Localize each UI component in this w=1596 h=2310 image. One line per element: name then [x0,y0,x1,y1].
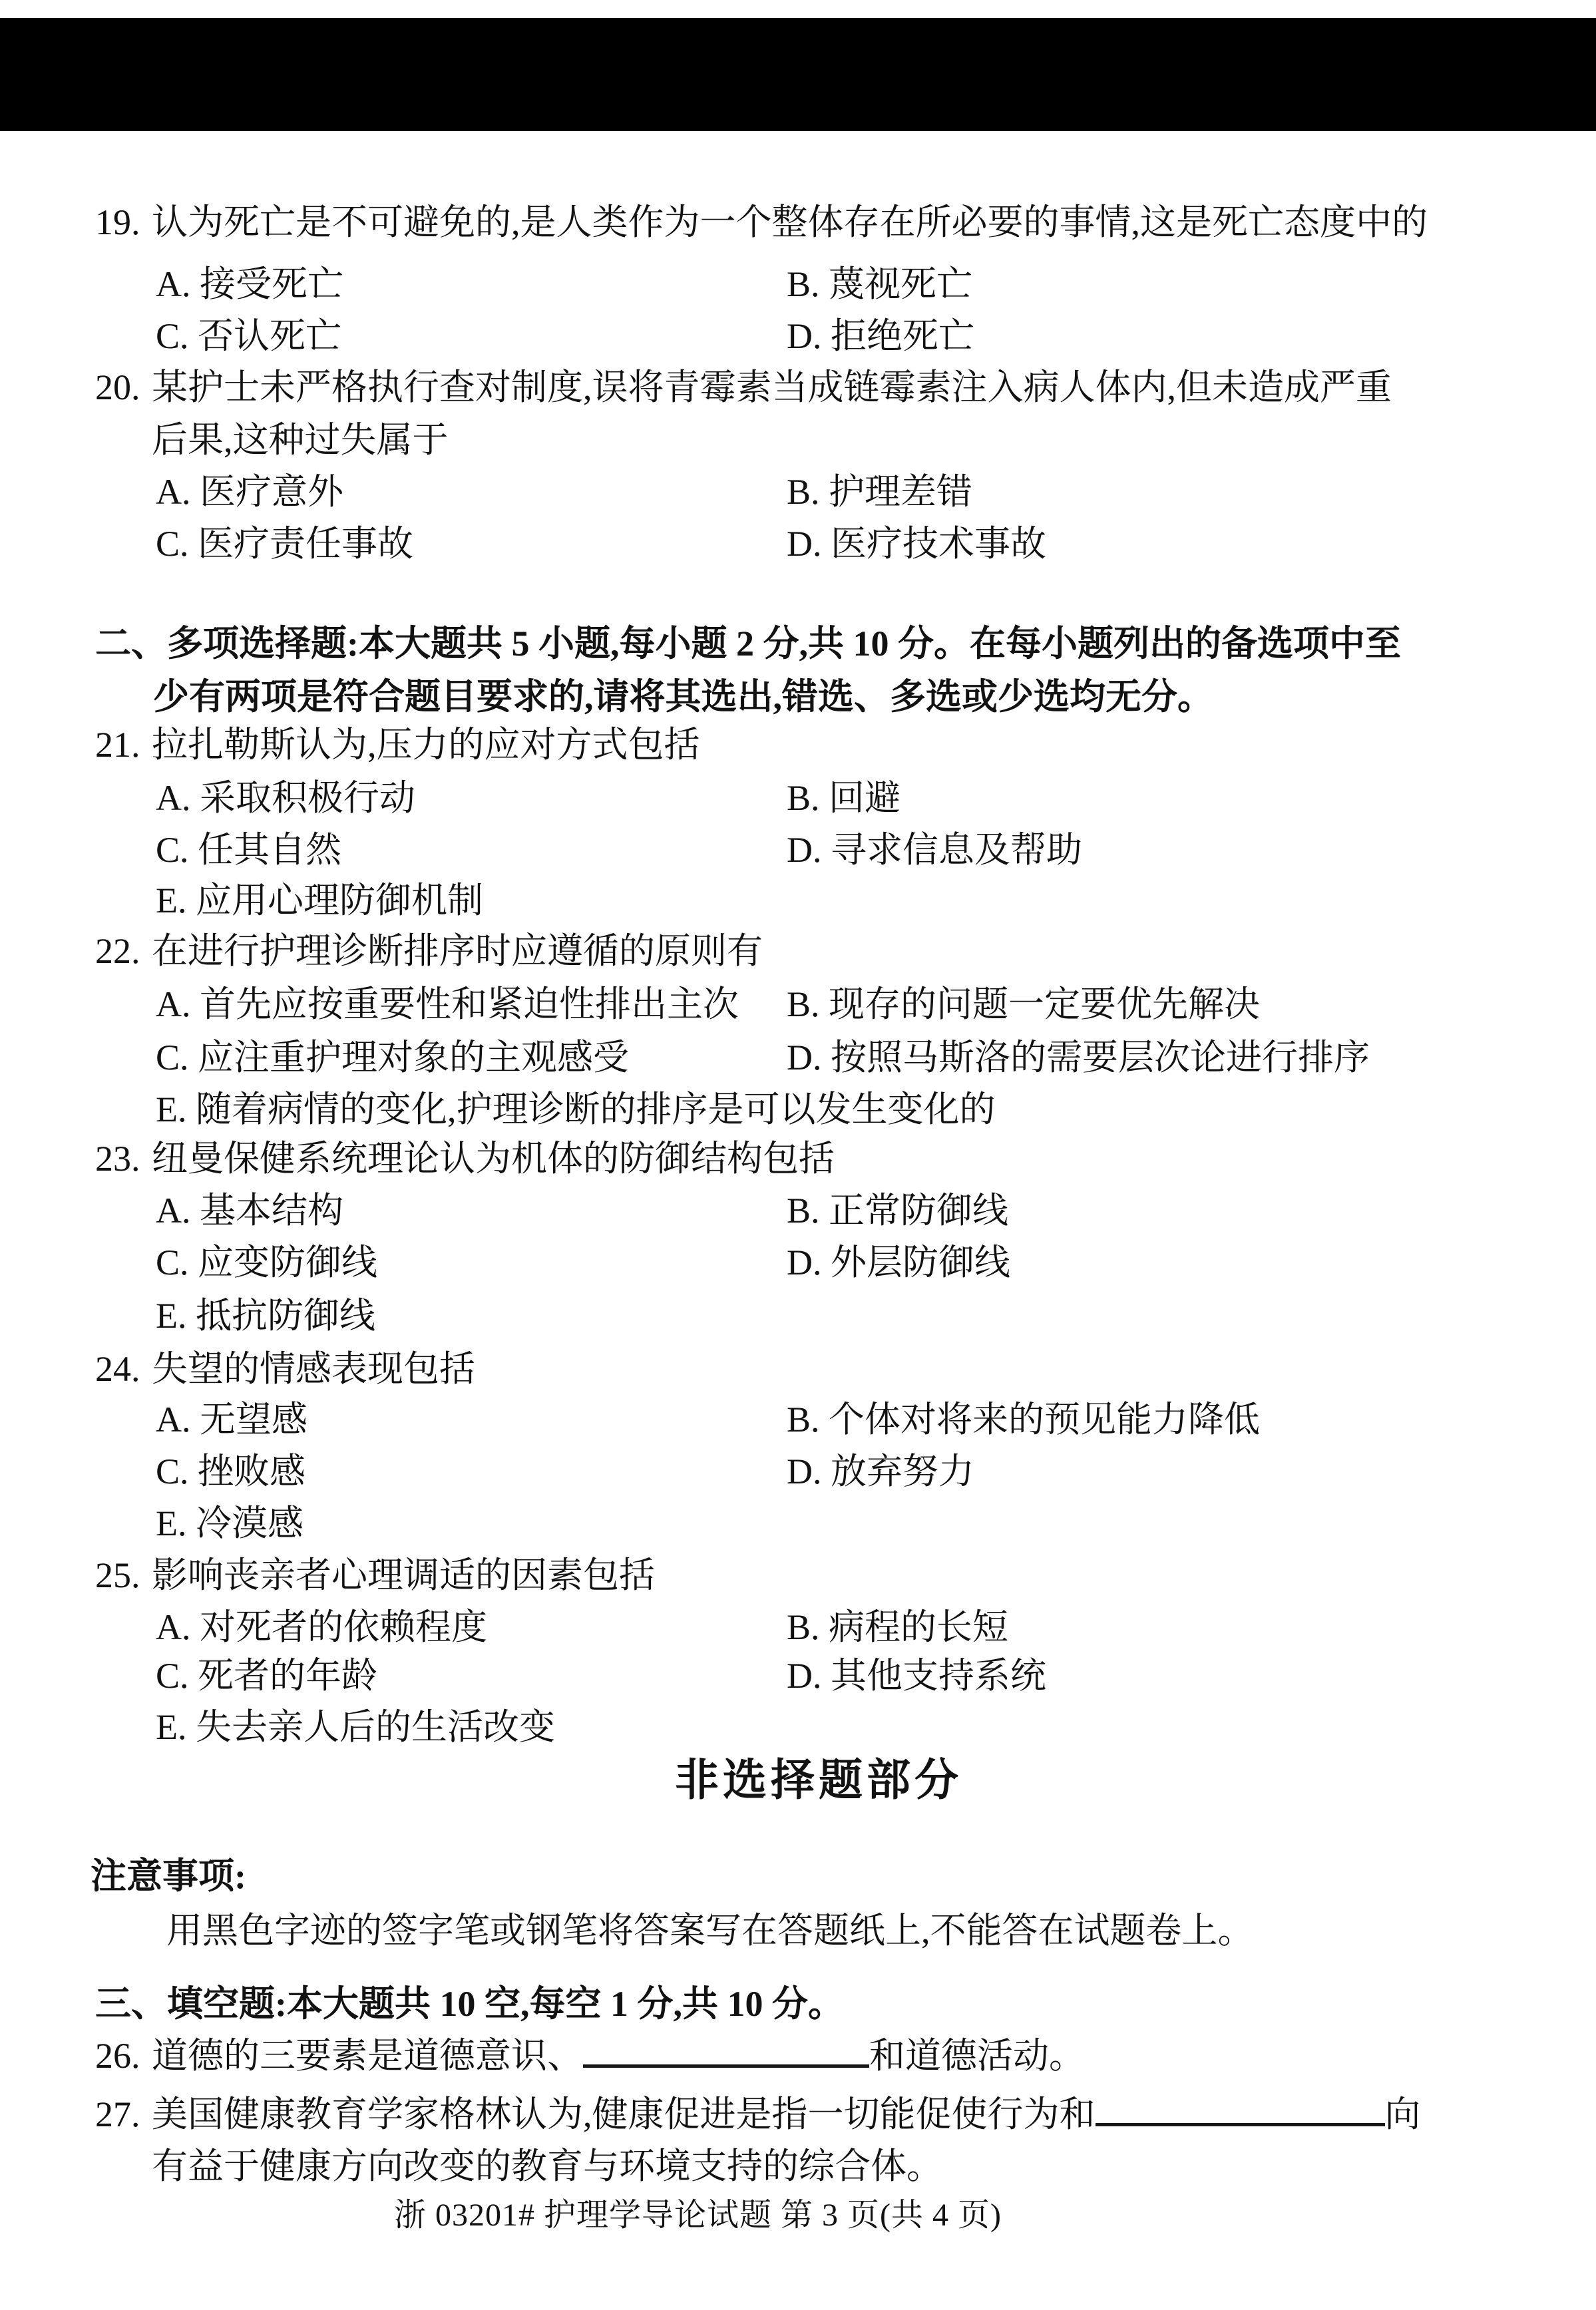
question-21-option-e: E. 应用心理防御机制 [156,880,483,921]
question-27: 27.美国健康教育学家格林认为,健康促进是指一切能促使行为和向 [95,2094,1421,2135]
option-a: A. 采取积极行动 [156,777,787,819]
question-24-options-ab: A. 无望感B. 个体对将来的预见能力降低 [156,1399,1260,1440]
notes-text: 用黑色字迹的签字笔或钢笔将答案写在答题纸上,不能答在试题卷上。 [166,1910,1254,1951]
question-24-option-e: E. 冷漠感 [156,1503,303,1544]
option-b: B. 现存的问题一定要优先解决 [787,984,1260,1024]
section2-heading-line2-text: 少有两项是符合题目要求的,请将其选出,错选、多选或少选均无分。 [153,677,1213,717]
option-d: D. 外层防御线 [787,1243,1010,1282]
notes-label: 注意事项: [91,1855,246,1897]
option-c: C. 死者的年龄 [156,1655,787,1696]
option-e: E. 随着病情的变化,护理诊断的排序是可以发生变化的 [156,1089,995,1129]
option-c: C. 挫败感 [156,1451,787,1492]
section2-heading-line1: 二、多项选择题:本大题共 5 小题,每小题 2 分,共 10 分。在每小题列出的… [95,623,1401,664]
fill-in-before-blank: 道德的三要素是道德意识、 [152,2036,583,2076]
question-23-options-ab: A. 基本结构B. 正常防御线 [156,1190,1008,1231]
question-27-line2: 有益于健康方向改变的教育与环境支持的综合体。 [152,2146,942,2187]
option-c: C. 否认死亡 [156,315,787,357]
option-b: B. 回避 [787,778,900,818]
option-b: B. 病程的长短 [787,1607,1008,1647]
option-c: C. 应变防御线 [156,1242,787,1283]
option-b: B. 蔑视死亡 [787,264,972,304]
question-number: 19. [95,202,152,243]
option-a: A. 对死者的依赖程度 [156,1607,787,1648]
question-stem: 在进行护理诊断排序时应遵循的原则有 [152,931,763,971]
question-23-options-cd: C. 应变防御线D. 外层防御线 [156,1242,1010,1283]
question-number: 24. [95,1348,152,1390]
non-choice-section-title: 非选择题部分 [675,1760,962,1802]
question-22-options-cd: C. 应注重护理对象的主观感受D. 按照马斯洛的需要层次论进行排序 [156,1037,1370,1078]
notes-text-content: 用黑色字迹的签字笔或钢笔将答案写在答题纸上,不能答在试题卷上。 [166,1911,1254,1951]
question-24-options-cd: C. 挫败感D. 放弃努力 [156,1451,974,1492]
option-d: D. 按照马斯洛的需要层次论进行排序 [787,1038,1370,1077]
option-c: C. 医疗责任事故 [156,523,787,564]
question-23: 23.纽曼保健系统理论认为机体的防御结构包括 [95,1138,835,1179]
question-20-stem-line2: 后果,这种过失属于 [152,419,449,461]
question-number: 26. [95,2035,152,2076]
question-stem: 认为死亡是不可避免的,是人类作为一个整体存在所必要的事情,这是死亡态度中的 [152,202,1428,242]
question-23-option-e: E. 抵抗防御线 [156,1295,375,1336]
option-e: E. 抵抗防御线 [156,1296,375,1336]
section2-heading-line1-text: 二、多项选择题:本大题共 5 小题,每小题 2 分,共 10 分。在每小题列出的… [95,624,1401,664]
option-e: E. 冷漠感 [156,1503,303,1543]
question-25: 25.影响丧亲者心理调适的因素包括 [95,1555,655,1596]
option-b: B. 个体对将来的预见能力降低 [787,1400,1260,1440]
page-footer: 浙 03201# 护理学导论试题 第 3 页(共 4 页) [394,2195,1002,2236]
question-24: 24.失望的情感表现包括 [95,1348,475,1390]
option-d: D. 拒绝死亡 [787,316,974,356]
question-stem-line1: 某护士未严格执行查对制度,误将青霉素当成链霉素注入病人体内,但未造成严重 [152,367,1392,407]
question-20-options-ab: A. 医疗意外B. 护理差错 [156,471,972,512]
option-d: D. 寻求信息及帮助 [787,830,1082,870]
page-footer-text: 浙 03201# 护理学导论试题 第 3 页(共 4 页) [394,2198,1002,2233]
question-19: 19.认为死亡是不可避免的,是人类作为一个整体存在所必要的事情,这是死亡态度中的 [95,202,1428,243]
question-number: 21. [95,724,152,765]
question-21-options-ab: A. 采取积极行动B. 回避 [156,777,900,819]
question-20-options-cd: C. 医疗责任事故D. 医疗技术事故 [156,523,1046,564]
option-a: A. 无望感 [156,1399,787,1440]
question-22: 22.在进行护理诊断排序时应遵循的原则有 [95,930,763,972]
section3-heading: 三、填空题:本大题共 10 空,每空 1 分,共 10 分。 [95,1983,844,2024]
section2-heading-line2: 少有两项是符合题目要求的,请将其选出,错选、多选或少选均无分。 [153,676,1213,717]
fill-in-blank-line [583,2059,869,2068]
option-b: B. 正常防御线 [787,1191,1008,1231]
option-a: A. 基本结构 [156,1190,787,1231]
question-25-option-e: E. 失去亲人后的生活改变 [156,1706,555,1748]
section3-heading-text: 三、填空题:本大题共 10 空,每空 1 分,共 10 分。 [95,1984,844,2024]
option-e: E. 失去亲人后的生活改变 [156,1707,555,1747]
option-b: B. 护理差错 [787,472,972,512]
question-stem: 纽曼保健系统理论认为机体的防御结构包括 [152,1139,835,1179]
option-a: A. 医疗意外 [156,471,787,512]
fill-in-after-blank: 向 [1385,2094,1421,2134]
question-number: 23. [95,1138,152,1179]
option-e: E. 应用心理防御机制 [156,880,483,920]
question-number: 22. [95,930,152,972]
question-stem-line2: 有益于健康方向改变的教育与环境支持的综合体。 [152,2146,942,2186]
question-stem-line2: 后果,这种过失属于 [152,420,449,460]
option-c: C. 任其自然 [156,829,787,870]
question-22-option-e: E. 随着病情的变化,护理诊断的排序是可以发生变化的 [156,1089,995,1130]
question-stem: 失望的情感表现包括 [152,1349,475,1389]
question-number: 25. [95,1555,152,1596]
question-19-options-cd: C. 否认死亡D. 拒绝死亡 [156,315,974,357]
question-number: 27. [95,2094,152,2135]
option-d: D. 放弃努力 [787,1451,974,1491]
option-d: D. 其他支持系统 [787,1656,1046,1696]
question-20: 20.某护士未严格执行查对制度,误将青霉素当成链霉素注入病人体内,但未造成严重 [95,367,1392,408]
non-choice-section-title-text: 非选择题部分 [675,1756,962,1805]
question-21-options-cd: C. 任其自然D. 寻求信息及帮助 [156,829,1082,870]
question-22-options-ab: A. 首先应按重要性和紧迫性排出主次B. 现存的问题一定要优先解决 [156,984,1260,1025]
fill-in-before-blank: 美国健康教育学家格林认为,健康促进是指一切能促使行为和 [152,2094,1096,2134]
question-stem: 拉扎勒斯认为,压力的应对方式包括 [152,725,700,765]
question-25-options-ab: A. 对死者的依赖程度B. 病程的长短 [156,1607,1008,1648]
option-a: A. 首先应按重要性和紧迫性排出主次 [156,984,787,1025]
exam-page: 19.认为死亡是不可避免的,是人类作为一个整体存在所必要的事情,这是死亡态度中的… [0,0,1596,2310]
notes-label-text: 注意事项: [91,1856,246,1896]
option-d: D. 医疗技术事故 [787,524,1046,564]
option-c: C. 应注重护理对象的主观感受 [156,1037,787,1078]
question-25-options-cd: C. 死者的年龄D. 其他支持系统 [156,1655,1046,1696]
scan-black-bar [0,18,1596,131]
question-26: 26.道德的三要素是道德意识、和道德活动。 [95,2035,1085,2076]
fill-in-after-blank: 和道德活动。 [869,2036,1085,2076]
question-stem: 影响丧亲者心理调适的因素包括 [152,1555,655,1595]
question-19-options-ab: A. 接受死亡B. 蔑视死亡 [156,264,972,305]
question-21: 21.拉扎勒斯认为,压力的应对方式包括 [95,724,700,765]
option-a: A. 接受死亡 [156,264,787,305]
question-number: 20. [95,367,152,408]
fill-in-blank-line [1096,2118,1385,2126]
